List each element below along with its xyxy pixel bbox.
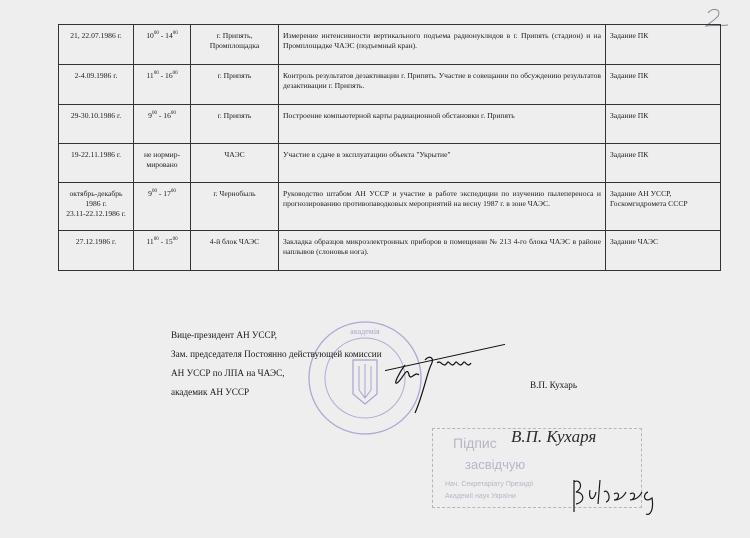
time-minutes: 00 (154, 71, 159, 76)
signatory-title: АН УССР по ЛПА на ЧАЭС, (171, 364, 382, 383)
description-cell: Руководство штабом АН УССР и участие в р… (279, 183, 606, 231)
place-cell: 4-й блок ЧАЭС (191, 231, 279, 271)
date-cell: 29-30.10.1986 г. (59, 105, 134, 144)
time-minutes: 00 (173, 237, 178, 242)
time-to: 15 (165, 237, 173, 246)
date-cell: 2-4.09.1986 г. (59, 65, 134, 105)
description-cell: Закладка образцов микроэлектронных прибо… (279, 231, 606, 271)
signatory-block: Вице-президент АН УССР, Зам. председател… (171, 326, 382, 402)
table-row: октябрь-декабрь 1986 г.23.11-22.12.1986 … (59, 183, 721, 231)
table-row: 21, 22.07.1986 г.1000 - 1400г. Припять, … (59, 25, 721, 65)
table-row: 29-30.10.1986 г.900 - 1600г. ПрипятьПост… (59, 105, 721, 144)
time-from: 11 (146, 71, 153, 80)
basis-cell: Задание АН УССР, Госкомгидромета СССР (606, 183, 721, 231)
signatory-title: Зам. председателя Постоянно действующей … (171, 345, 382, 364)
basis-cell: Задание ПК (606, 65, 721, 105)
stamp-line: Академії наук України (445, 493, 516, 500)
time-cell: 900 - 1700 (134, 183, 191, 231)
time-from: 11 (146, 237, 153, 246)
time-cell: 1100 - 1600 (134, 65, 191, 105)
signatory-title: Вице-президент АН УССР, (171, 326, 382, 345)
time-to: 17 (163, 189, 171, 198)
basis-cell: Задание ЧАЭС (606, 231, 721, 271)
signatory-title: академик АН УССР (171, 383, 382, 402)
date-text: 19-22.11.1986 г. (71, 150, 121, 159)
table-row: 2-4.09.1986 г.1100 - 1600г. ПрипятьКонтр… (59, 65, 721, 105)
time-minutes: 00 (171, 189, 176, 194)
date-text: 27.12.1986 г. (76, 237, 116, 246)
date-cell: 19-22.11.1986 г. (59, 144, 134, 183)
basis-cell: Задание ПК (606, 105, 721, 144)
time-minutes: 00 (171, 111, 176, 116)
handwritten-signature (385, 335, 505, 415)
stamp-line: засвідчую (465, 457, 525, 472)
place-cell: г. Чернобыль (191, 183, 279, 231)
time-minutes: 00 (154, 237, 159, 242)
activity-table: 21, 22.07.1986 г.1000 - 1400г. Припять, … (58, 24, 721, 271)
date-cell: 21, 22.07.1986 г. (59, 25, 134, 65)
time-minutes: 00 (154, 31, 159, 36)
time-cell: 1000 - 1400 (134, 25, 191, 65)
date-extra-text: 23.11-22.12.1986 г. (66, 209, 126, 218)
place-cell: ЧАЭС (191, 144, 279, 183)
certifier-signature (568, 470, 678, 518)
date-text: 21, 22.07.1986 г. (70, 31, 122, 40)
place-cell: г. Припять (191, 65, 279, 105)
signatory-name: В.П. Кухарь (530, 380, 577, 390)
date-cell: октябрь-декабрь 1986 г.23.11-22.12.1986 … (59, 183, 134, 231)
time-minutes: 00 (152, 189, 157, 194)
basis-cell: Задание ПК (606, 144, 721, 183)
basis-cell: Задание ПК (606, 25, 721, 65)
time-to: 14 (165, 31, 173, 40)
date-cell: 27.12.1986 г. (59, 231, 134, 271)
time-cell: не нормир-мировано (134, 144, 191, 183)
date-text: 29-30.10.1986 г. (71, 111, 121, 120)
time-from: 10 (146, 31, 154, 40)
stamp-line: Нач. Секретаріату Президії (445, 481, 533, 488)
date-text: октябрь-декабрь 1986 г. (69, 189, 122, 208)
date-text: 2-4.09.1986 г. (75, 71, 118, 80)
stamp-line: Підпис (453, 435, 497, 451)
time-minutes: 00 (152, 111, 157, 116)
time-to: 16 (163, 111, 171, 120)
description-cell: Построение компьютерной карты радиационн… (279, 105, 606, 144)
time-minutes: 00 (173, 31, 178, 36)
description-cell: Участие в сдаче в эксплуатацию объекта "… (279, 144, 606, 183)
time-cell: 900 - 1600 (134, 105, 191, 144)
table-row: 27.12.1986 г.1100 - 15004-й блок ЧАЭСЗак… (59, 231, 721, 271)
time-to: 16 (165, 71, 173, 80)
place-cell: г. Припять (191, 105, 279, 144)
place-cell: г. Припять, Промплощадка (191, 25, 279, 65)
description-cell: Контроль результатов дезактивации г. При… (279, 65, 606, 105)
stamp-handwriting: В.П. Кухаря (511, 427, 596, 447)
description-cell: Измерение интенсивности вертикального по… (279, 25, 606, 65)
table-row: 19-22.11.1986 г.не нормир-мированоЧАЭСУч… (59, 144, 721, 183)
time-cell: 1100 - 1500 (134, 231, 191, 271)
time-minutes: 00 (173, 71, 178, 76)
